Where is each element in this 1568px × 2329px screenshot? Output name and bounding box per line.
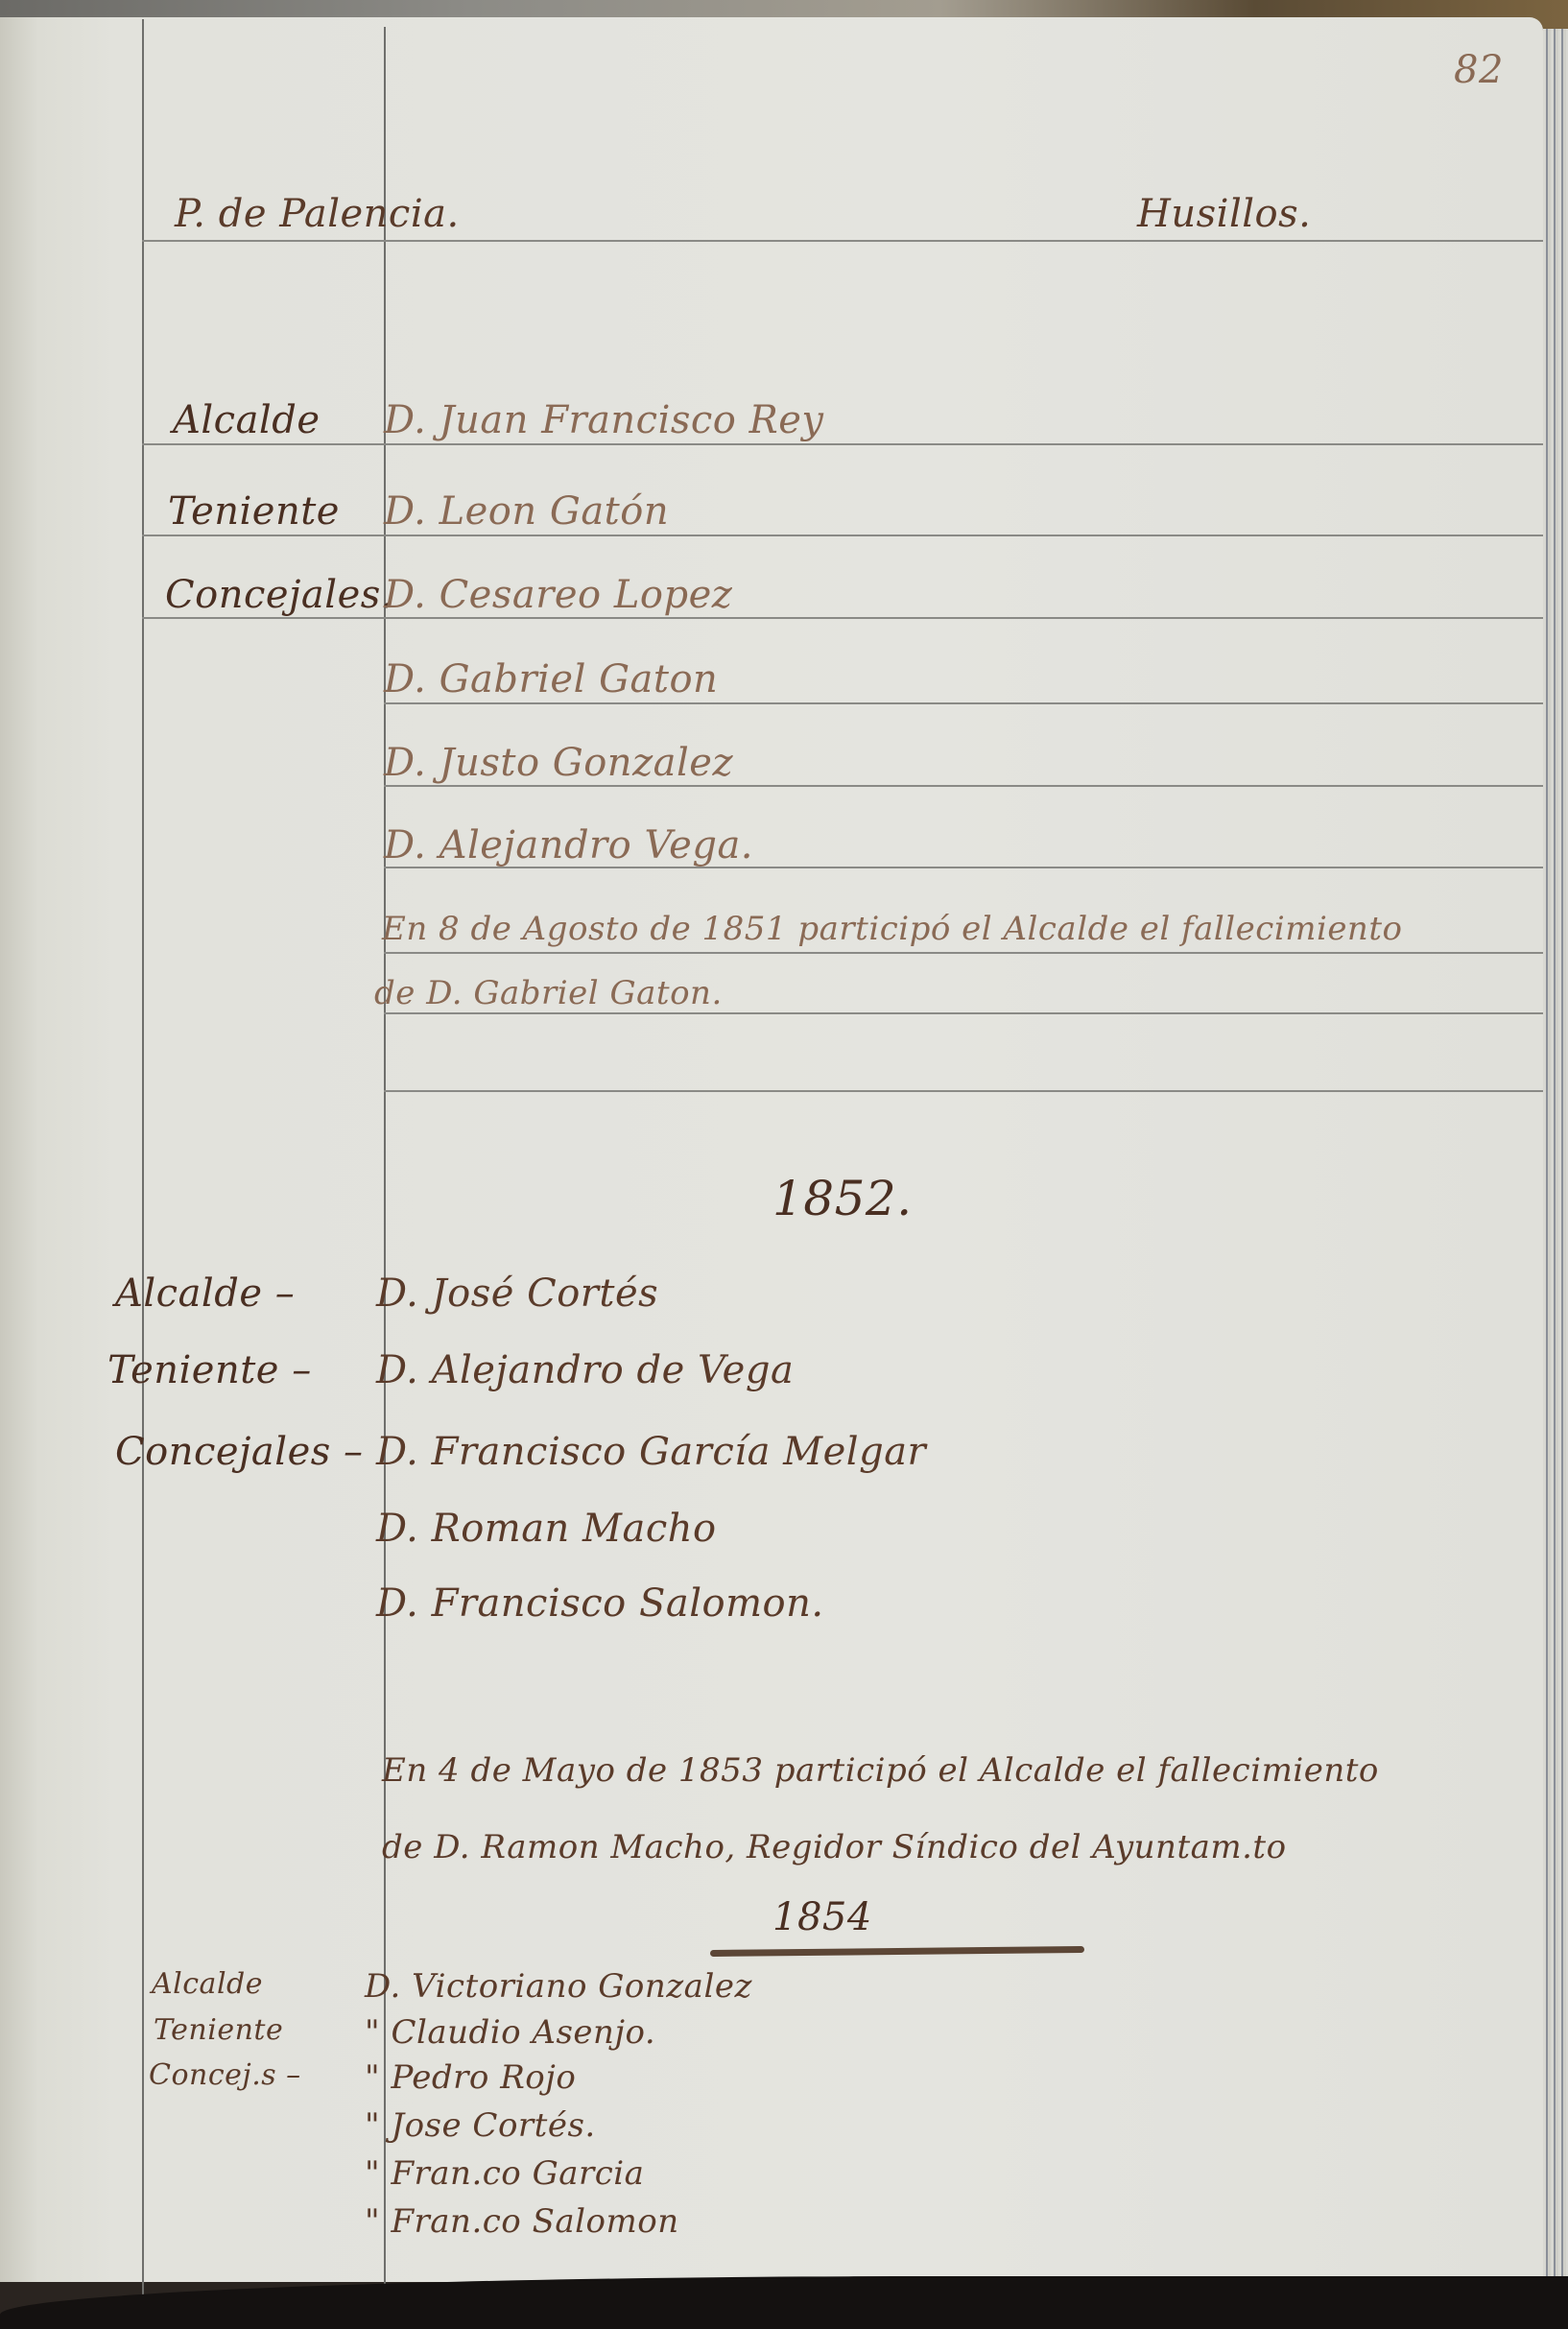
member-name: D. José Cortés: [376, 1271, 658, 1316]
ruled-line: [384, 1012, 1543, 1014]
member-name: D. Francisco García Melgar: [376, 1430, 926, 1474]
death-note-line: de D. Ramon Macho, Regidor Síndico del A…: [382, 1828, 1287, 1866]
role-label: Concej.s –: [149, 2058, 301, 2092]
role-column-rule: [384, 27, 386, 2303]
role-label: Alcalde: [173, 398, 321, 442]
death-note-line: En 4 de Mayo de 1853 participó el Alcald…: [382, 1751, 1379, 1790]
member-name: D. Leon Gatón: [384, 489, 669, 534]
member-name: " Fran.co Garcia: [365, 2154, 644, 2193]
province-heading: P. de Palencia.: [175, 192, 460, 236]
role-label: Teniente: [154, 2013, 283, 2047]
member-name: D. Gabriel Gaton: [384, 657, 718, 701]
ruled-line: [384, 785, 1543, 787]
page-stack-edge: [1543, 29, 1568, 2293]
death-note-line: de D. Gabriel Gaton.: [374, 974, 723, 1012]
member-name: " Fran.co Salomon: [365, 2202, 679, 2241]
member-name: D. Roman Macho: [376, 1507, 717, 1551]
member-name: " Pedro Rojo: [365, 2058, 576, 2097]
ledger-page: [0, 17, 1543, 2282]
member-name: D. Francisco Salomon.: [376, 1581, 824, 1626]
member-name: D. Cesareo Lopez: [384, 573, 732, 617]
member-name: " Claudio Asenjo.: [365, 2013, 655, 2052]
ruled-line: [142, 240, 1543, 242]
year-heading: 1854: [772, 1895, 872, 1939]
death-note-line: En 8 de Agosto de 1851 participó el Alca…: [382, 910, 1402, 948]
ruled-line: [384, 952, 1543, 954]
municipality-heading: Husillos.: [1137, 192, 1311, 236]
year-heading: 1852.: [772, 1171, 913, 1226]
role-label: Teniente: [168, 489, 340, 534]
ruled-line: [142, 443, 1543, 445]
role-label: Alcalde: [152, 1967, 263, 2001]
ruled-line: [384, 702, 1543, 704]
role-label: Teniente –: [107, 1348, 312, 1392]
member-name: D. Alejandro Vega.: [384, 823, 753, 867]
ruled-line: [142, 535, 1543, 536]
member-name: D. Victoriano Gonzalez: [365, 1967, 752, 2006]
member-name: D. Alejandro de Vega: [376, 1348, 794, 1392]
member-name: D. Juan Francisco Rey: [384, 398, 824, 442]
member-name: D. Justo Gonzalez: [384, 741, 733, 785]
role-label: Concejales –: [115, 1430, 363, 1474]
left-margin-rule: [142, 19, 144, 2303]
role-label: Alcalde –: [115, 1271, 295, 1316]
member-name: " Jose Cortés.: [365, 2106, 596, 2145]
ruled-line: [142, 617, 1543, 619]
bottom-shadow: [0, 2276, 1568, 2329]
folio-number: 82: [1454, 48, 1504, 92]
role-label: Concejales.: [165, 573, 393, 617]
ruled-line: [384, 1090, 1543, 1092]
